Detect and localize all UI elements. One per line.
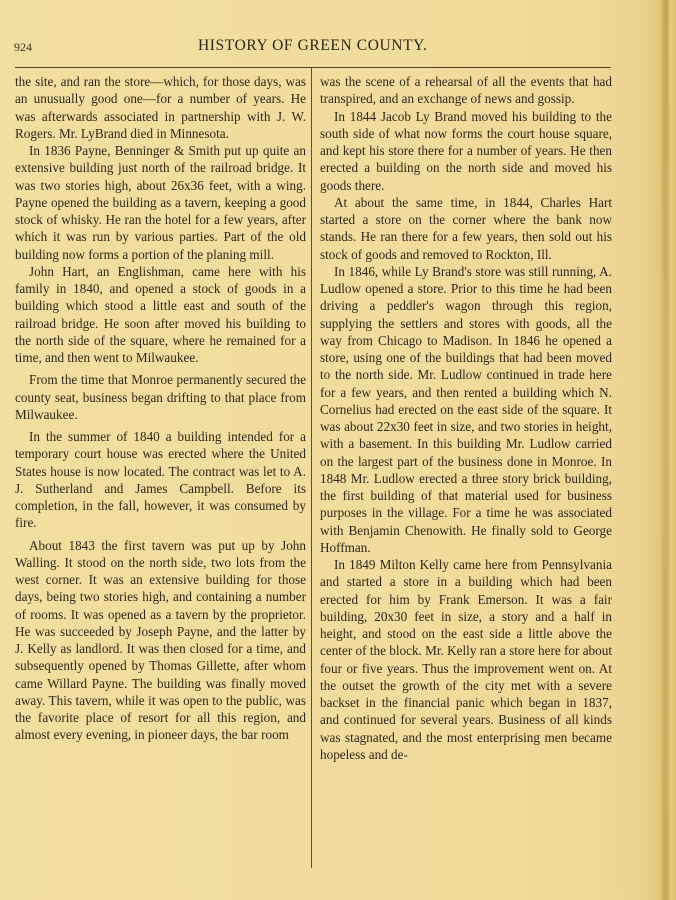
right-column: was the scene of a rehearsal of all the … bbox=[320, 73, 612, 763]
page-number: 924 bbox=[14, 40, 32, 55]
paragraph: In 1846, while Ly Brand's store was stil… bbox=[320, 263, 612, 556]
header-rule bbox=[15, 67, 611, 68]
paragraph: In 1836 Payne, Benninger & Smith put up … bbox=[15, 142, 306, 263]
paragraph: In 1849 Milton Kelly came here from Penn… bbox=[320, 556, 612, 763]
paragraph: About 1843 the first tavern was put up b… bbox=[15, 537, 306, 744]
paragraph: In 1844 Jacob Ly Brand moved his buildin… bbox=[320, 108, 612, 194]
paragraph: From the time that Monroe permanently se… bbox=[15, 371, 306, 423]
paragraph: In the summer of 1840 a building intende… bbox=[15, 428, 306, 532]
left-column: the site, and ran the store—which, for t… bbox=[15, 73, 306, 744]
paragraph: was the scene of a rehearsal of all the … bbox=[320, 73, 612, 108]
paragraph: At about the same time, in 1844, Charles… bbox=[320, 194, 612, 263]
column-divider bbox=[311, 68, 312, 868]
paragraph: the site, and ran the store—which, for t… bbox=[15, 73, 306, 142]
running-head: HISTORY OF GREEN COUNTY. bbox=[198, 37, 427, 55]
page-header: 924 HISTORY OF GREEN COUNTY. bbox=[14, 37, 614, 57]
page-edge-shadow bbox=[663, 0, 668, 900]
book-page: 924 HISTORY OF GREEN COUNTY. the site, a… bbox=[0, 0, 676, 900]
paragraph: John Hart, an Englishman, came here with… bbox=[15, 263, 306, 367]
